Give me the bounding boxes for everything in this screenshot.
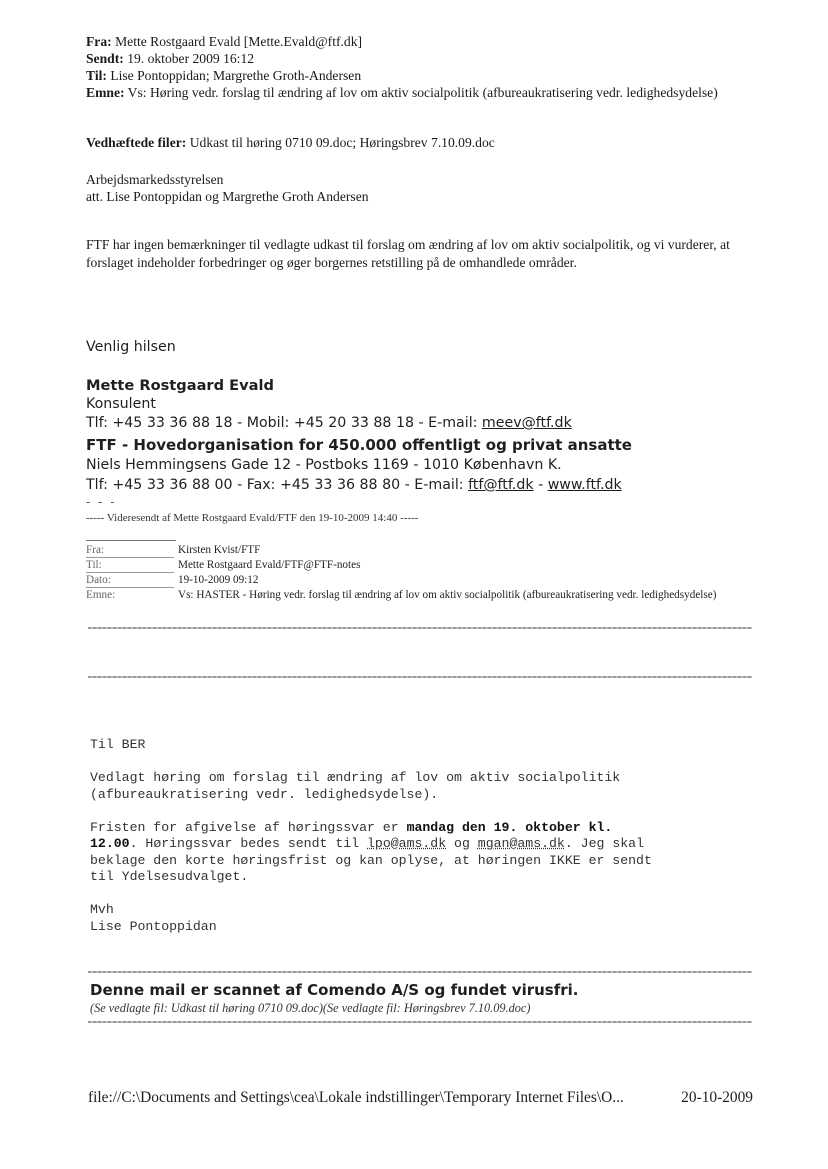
- sent-line: Sendt: 19. oktober 2009 16:12: [86, 50, 766, 67]
- organization-website-link[interactable]: www.ftf.dk: [548, 477, 622, 493]
- sender-name: Lise Pontoppidan: [90, 919, 217, 934]
- divider: [88, 1021, 752, 1023]
- organization-email-link[interactable]: ftf@ftf.dk: [468, 477, 534, 493]
- divider: [86, 540, 176, 541]
- inner-paragraph-1: Vedlagt høring om forslag til ændring af…: [90, 770, 620, 802]
- closing: Mvh: [90, 902, 114, 917]
- signature: Venlig hilsen Mette Rostgaard Evald Kons…: [86, 338, 572, 433]
- organization-address: Niels Hemmingsens Gade 12 - Postboks 116…: [86, 455, 632, 475]
- attachments-value[interactable]: Udkast til høring 0710 09.doc; Høringsbr…: [190, 135, 495, 150]
- footer-file-path: file://C:\Documents and Settings\cea\Lok…: [88, 1089, 624, 1107]
- email-header: Fra: Mette Rostgaard Evald [Mette.Evald@…: [86, 33, 766, 101]
- from-line: Fra: Mette Rostgaard Evald [Mette.Evald@…: [86, 33, 766, 50]
- divider: [88, 627, 752, 629]
- signature-dashes: - - -: [86, 495, 117, 509]
- forwarded-header-table: Fra: Kirsten Kvist/FTF Til: Mette Rostga…: [86, 540, 756, 602]
- virus-attachments-note: (Se vedlagte fil: Udkast til høring 0710…: [90, 1001, 530, 1016]
- address-line-2: att. Lise Pontoppidan og Margrethe Groth…: [86, 188, 369, 205]
- organization-block: FTF - Hovedorganisation for 450.000 offe…: [86, 435, 632, 495]
- forwarded-row-subject: Emne: Vs: HASTER - Høring vedr. forslag …: [86, 588, 756, 602]
- subject-line: Emne: Vs: Høring vedr. forslag til ændri…: [86, 84, 766, 101]
- forwarded-notice: ----- Videresendt af Mette Rostgaard Eva…: [86, 512, 418, 524]
- signature-name: Mette Rostgaard Evald: [86, 376, 572, 395]
- print-footer: file://C:\Documents and Settings\cea\Lok…: [88, 1089, 753, 1107]
- signature-contact: Tlf: +45 33 36 88 18 - Mobil: +45 20 33 …: [86, 414, 572, 433]
- from-value: Mette Rostgaard Evald [Mette.Evald@ftf.d…: [115, 34, 362, 49]
- divider: [88, 971, 752, 973]
- divider: [88, 676, 752, 678]
- to-line: Til: Lise Pontoppidan; Margrethe Groth-A…: [86, 67, 766, 84]
- sent-value: 19. oktober 2009 16:12: [127, 51, 254, 66]
- subject-value: Vs: Høring vedr. forslag til ændring af …: [128, 85, 718, 100]
- organization-name: FTF - Hovedorganisation for 450.000 offe…: [86, 435, 632, 455]
- attachments-line: Vedhæftede filer: Udkast til høring 0710…: [86, 134, 495, 151]
- organization-contact: Tlf: +45 33 36 88 00 - Fax: +45 33 36 88…: [86, 475, 632, 495]
- signature-email-link[interactable]: meev@ftf.dk: [482, 415, 572, 431]
- forwarded-row-from: Fra: Kirsten Kvist/FTF: [86, 543, 756, 558]
- recipient-address: Arbejdsmarkedsstyrelsen att. Lise Pontop…: [86, 171, 369, 205]
- virus-scan-notice: Denne mail er scannet af Comendo A/S og …: [90, 981, 578, 999]
- forwarded-row-to: Til: Mette Rostgaard Evald/FTF@FTF-notes: [86, 558, 756, 573]
- footer-date: 20-10-2009: [681, 1089, 753, 1107]
- email-link-mgan[interactable]: mgan@ams.dk: [478, 836, 565, 851]
- salutation: Til BER: [90, 737, 145, 752]
- to-value: Lise Pontoppidan; Margrethe Groth-Anders…: [110, 68, 361, 83]
- signature-title: Konsulent: [86, 395, 572, 414]
- address-line-1: Arbejdsmarkedsstyrelsen: [86, 171, 369, 188]
- email-link-lpo[interactable]: lpo@ams.dk: [367, 836, 446, 851]
- body-paragraph: FTF har ingen bemærkninger til vedlagte …: [86, 236, 756, 272]
- greeting: Venlig hilsen: [86, 338, 572, 357]
- forwarded-row-date: Dato: 19-10-2009 09:12: [86, 573, 756, 588]
- inner-message: Til BER Vedlagt høring om forslag til æn…: [90, 737, 760, 935]
